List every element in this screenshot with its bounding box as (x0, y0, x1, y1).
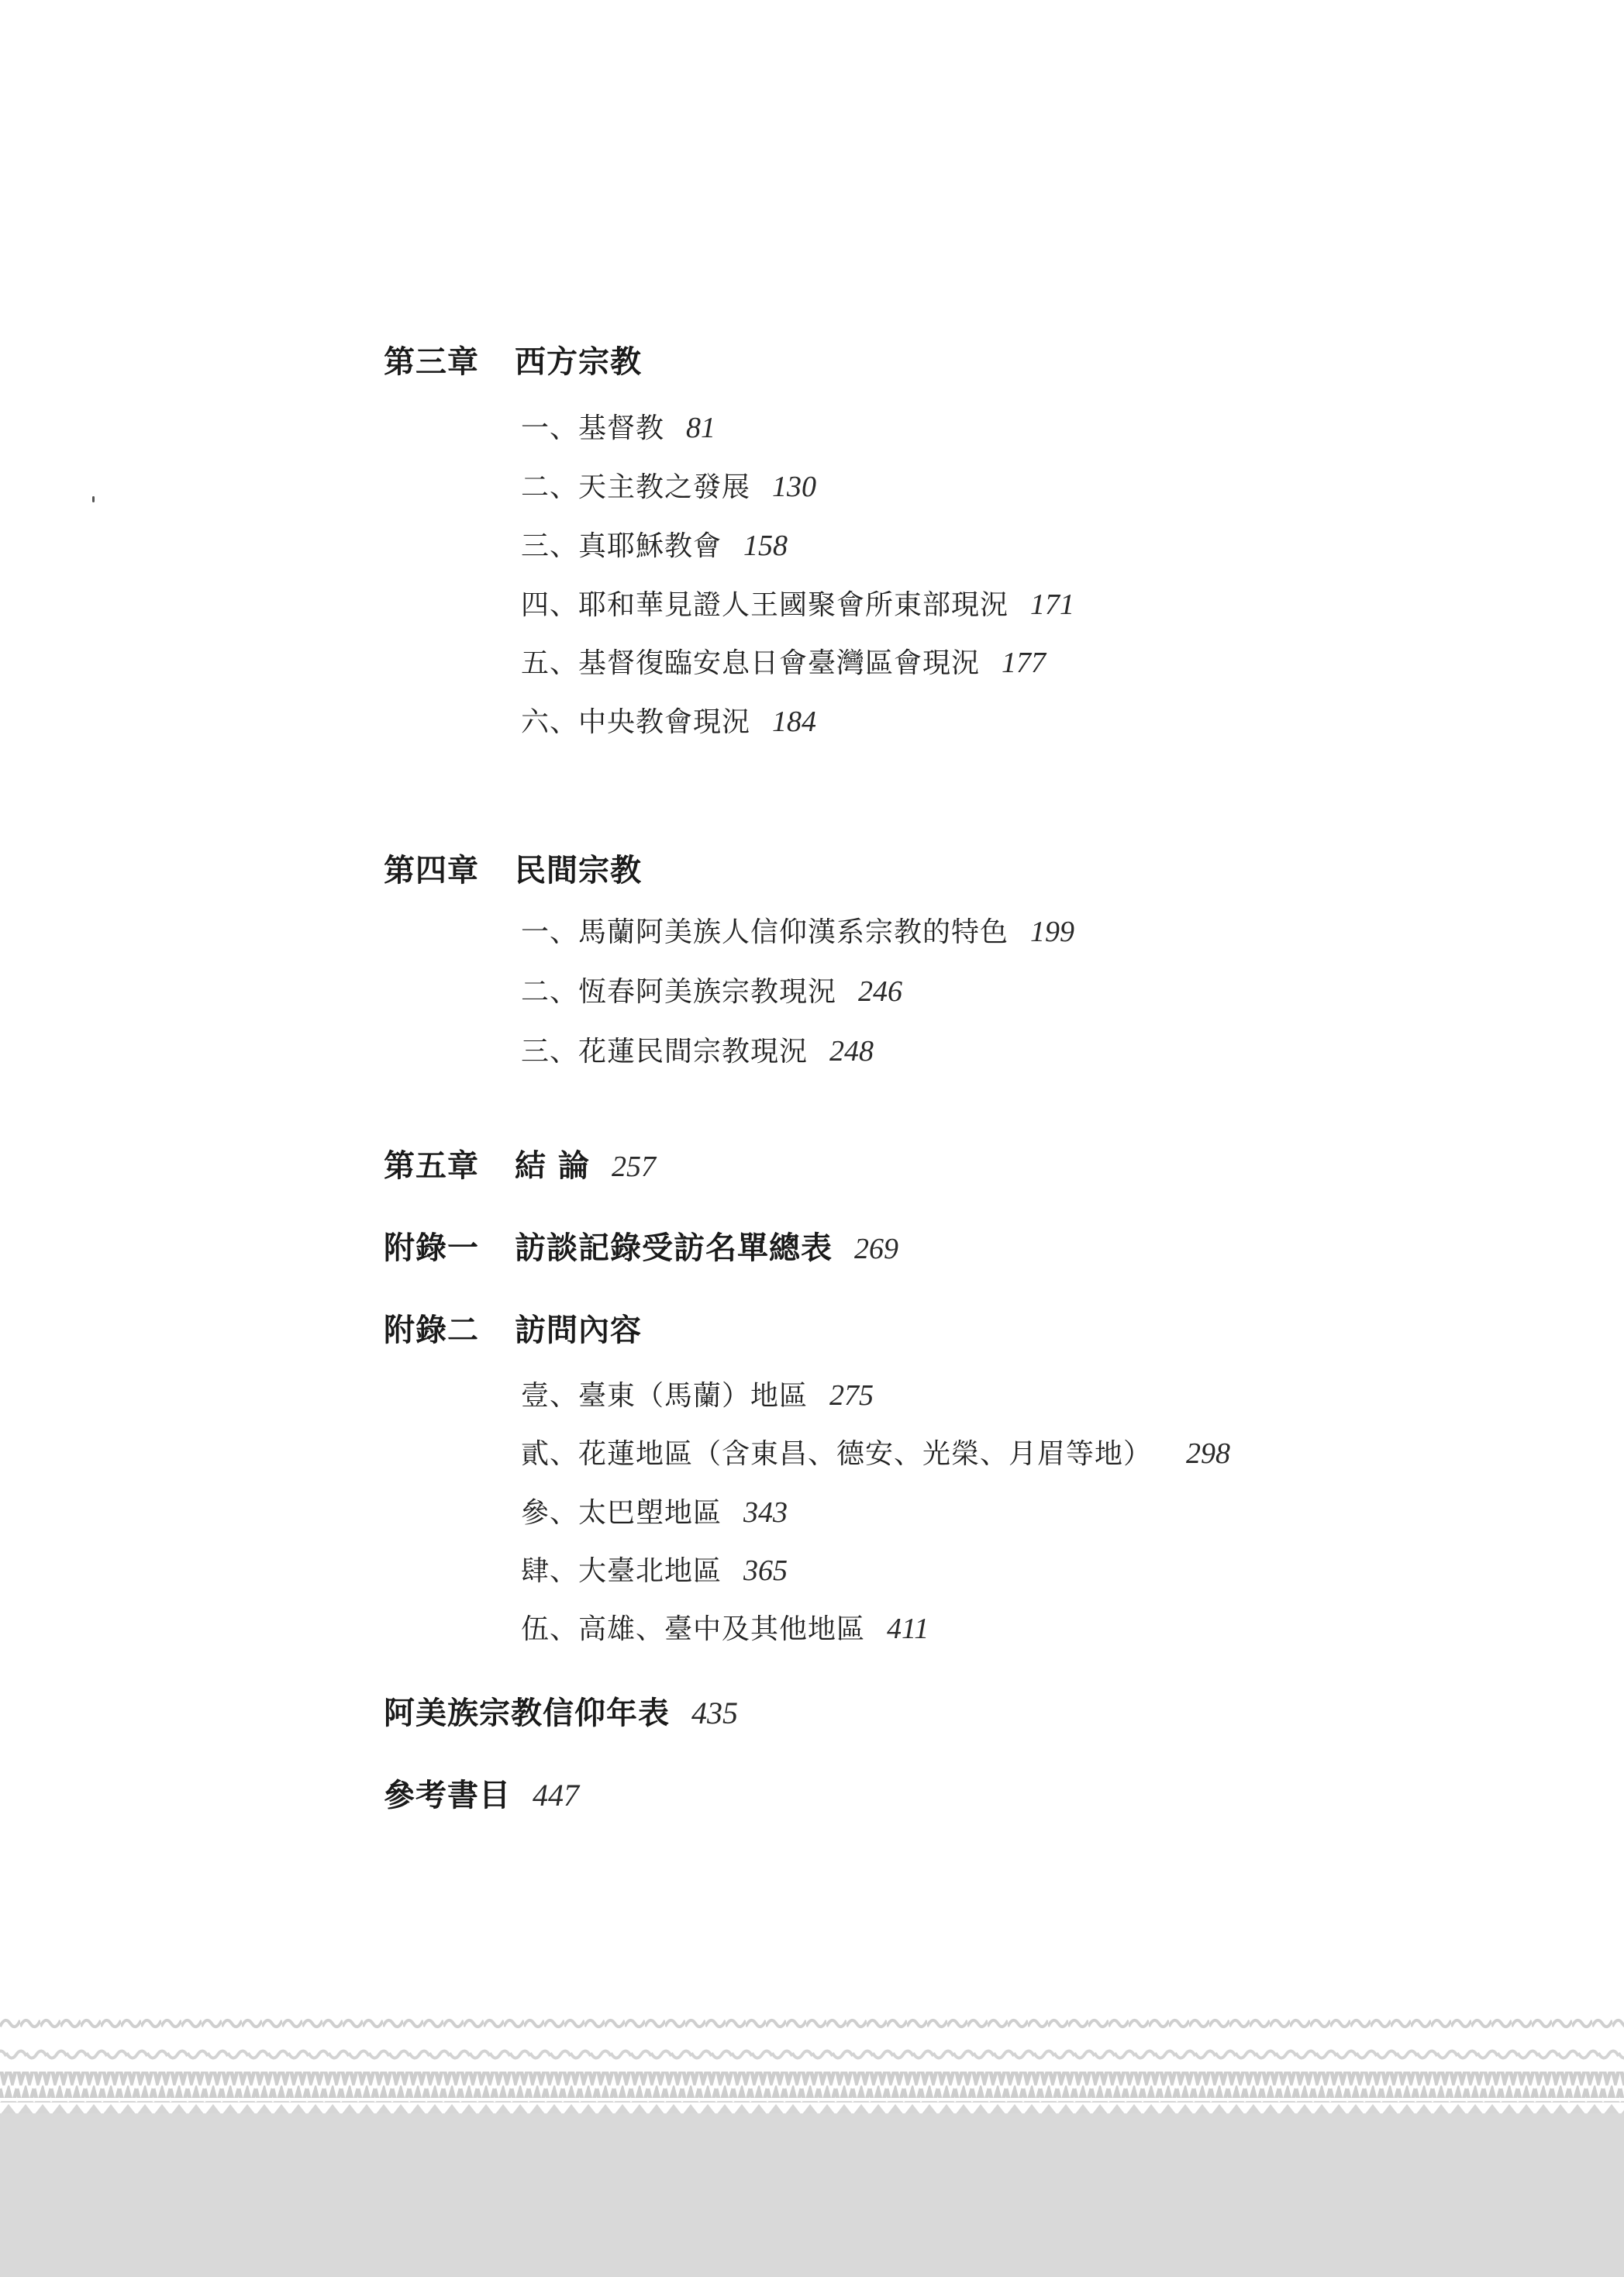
decorative-wave-band (0, 2016, 1624, 2277)
page-number: 343 (743, 1498, 788, 1527)
scan-speck (92, 496, 95, 502)
page-number: 130 (772, 472, 816, 502)
toc-item[interactable]: 三、真耶穌教會 158 (521, 531, 788, 561)
toc-item[interactable]: 二、天主教之發展 130 (521, 472, 816, 502)
item-title: 壹、臺東（馬蘭）地區 (521, 1382, 808, 1410)
appendix-title: 訪問內容 (515, 1315, 642, 1346)
page-number: 257 (612, 1152, 656, 1182)
item-title: 六、中央教會現況 (521, 709, 750, 737)
item-title: 一、基督教 (521, 415, 664, 443)
chapter-title: 西方宗教 (515, 347, 642, 378)
toc-chapter-4[interactable]: 第四章 民間宗教 (384, 855, 642, 886)
toc-chronology[interactable]: 阿美族宗教信仰年表 435 (384, 1698, 738, 1729)
toc-item[interactable]: 貳、花蓮地區（含東昌、德安、光榮、月眉等地） 298 (521, 1439, 1230, 1468)
page-number: 447 (533, 1780, 579, 1811)
toc-item[interactable]: 參、太巴塱地區 343 (521, 1498, 788, 1527)
toc-appendix-2[interactable]: 附錄二 訪問內容 (384, 1315, 642, 1346)
page-number: 365 (743, 1556, 788, 1585)
page-number: 298 (1186, 1439, 1230, 1468)
item-title: 五、基督復臨安息日會臺灣區會現況 (521, 650, 980, 678)
chapter-label: 第三章 (384, 347, 479, 378)
toc-item[interactable]: 二、恆春阿美族宗教現況 246 (521, 977, 902, 1006)
page-number: 199 (1030, 917, 1074, 947)
page-number: 269 (854, 1234, 898, 1264)
toc-appendix-1[interactable]: 附錄一 訪談記錄受訪名單總表 269 (384, 1233, 898, 1264)
toc-item[interactable]: 六、中央教會現況 184 (521, 707, 816, 737)
book-page: 第三章 西方宗教 一、基督教 81 二、天主教之發展 130 三、真耶穌教會 1… (0, 0, 1624, 2277)
page-number: 184 (772, 707, 816, 737)
item-title: 三、花蓮民間宗教現況 (521, 1038, 808, 1066)
toc-item[interactable]: 三、花蓮民間宗教現況 248 (521, 1037, 874, 1066)
toc-item[interactable]: 壹、臺東（馬蘭）地區 275 (521, 1381, 874, 1410)
appendix-label: 附錄二 (384, 1315, 479, 1346)
item-title: 二、恆春阿美族宗教現況 (521, 978, 836, 1006)
section-title: 參考書目 (384, 1780, 511, 1811)
page-number: 246 (858, 977, 902, 1006)
page-number: 171 (1030, 590, 1074, 619)
item-title: 一、馬蘭阿美族人信仰漢系宗教的特色 (521, 919, 1009, 947)
chapter-title: 民間宗教 (515, 855, 642, 886)
page-number: 81 (686, 413, 715, 443)
item-title: 伍、高雄、臺中及其他地區 (521, 1616, 865, 1644)
toc-item[interactable]: 肆、大臺北地區 365 (521, 1556, 788, 1585)
appendix-label: 附錄一 (384, 1233, 479, 1264)
chapter-label: 第五章 (384, 1151, 479, 1182)
toc-chapter-5[interactable]: 第五章 結 論 257 (384, 1151, 656, 1182)
appendix-title: 訪談記錄受訪名單總表 (515, 1233, 833, 1264)
toc-item[interactable]: 一、馬蘭阿美族人信仰漢系宗教的特色 199 (521, 917, 1074, 947)
toc-item[interactable]: 四、耶和華見證人王國聚會所東部現況 171 (521, 590, 1074, 619)
page-number: 177 (1002, 648, 1046, 678)
page-number: 275 (829, 1381, 874, 1410)
toc-chapter-3[interactable]: 第三章 西方宗教 (384, 347, 642, 378)
item-title: 三、真耶穌教會 (521, 533, 722, 561)
toc-item[interactable]: 一、基督教 81 (521, 413, 715, 443)
page-number: 411 (887, 1614, 929, 1644)
item-title: 貳、花蓮地區（含東昌、德安、光榮、月眉等地） (521, 1440, 1152, 1468)
item-title: 參、太巴塱地區 (521, 1499, 722, 1527)
page-number: 248 (829, 1037, 874, 1066)
toc-bibliography[interactable]: 參考書目 447 (384, 1780, 579, 1811)
item-title: 二、天主教之發展 (521, 474, 750, 502)
toc-item[interactable]: 五、基督復臨安息日會臺灣區會現況 177 (521, 648, 1046, 678)
toc-item[interactable]: 伍、高雄、臺中及其他地區 411 (521, 1614, 929, 1644)
chapter-title: 結 論 (515, 1151, 590, 1182)
page-number: 158 (743, 531, 788, 561)
chapter-label: 第四章 (384, 855, 479, 886)
item-title: 四、耶和華見證人王國聚會所東部現況 (521, 592, 1009, 619)
page-number: 435 (691, 1698, 738, 1729)
section-title: 阿美族宗教信仰年表 (384, 1698, 670, 1729)
item-title: 肆、大臺北地區 (521, 1558, 722, 1585)
